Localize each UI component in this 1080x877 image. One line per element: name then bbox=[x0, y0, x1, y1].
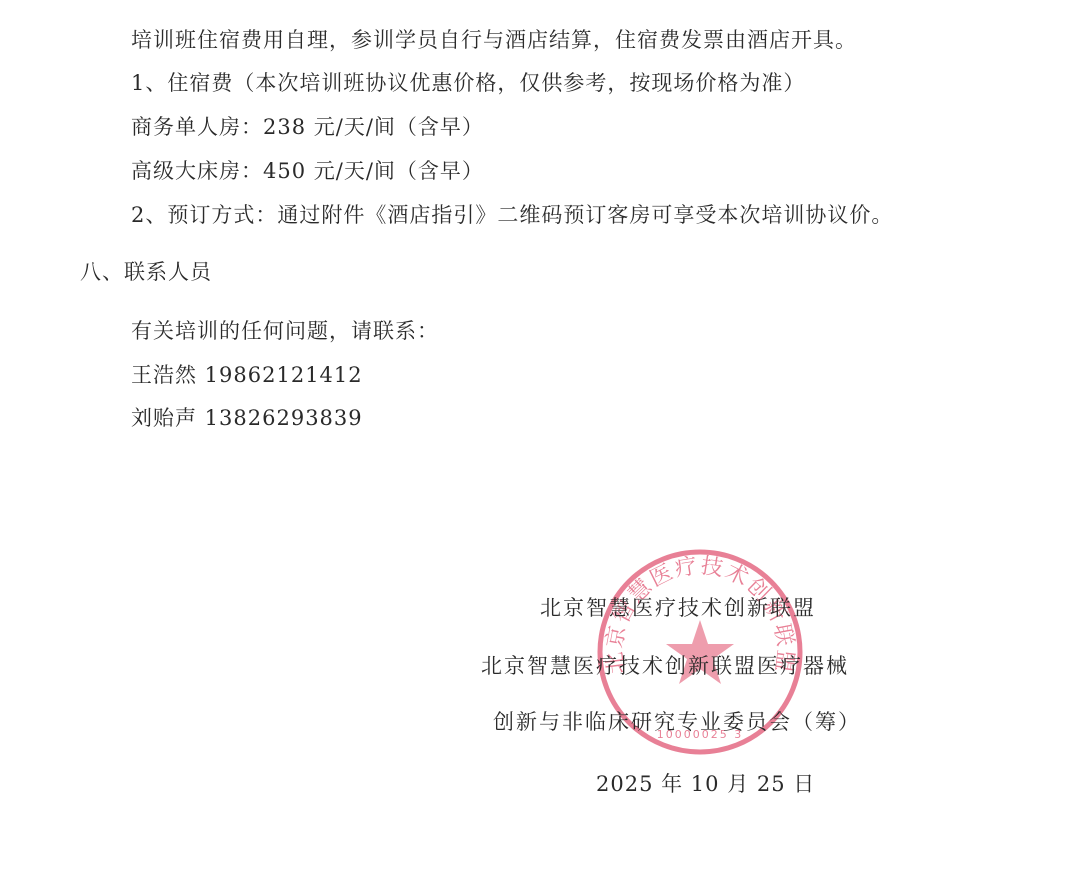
signature-org-2-line-1: 北京智慧医疗技术创新联盟医疗器械 bbox=[481, 652, 849, 680]
room-rate-deluxe-king: 高级大床房：450 元/天/间（含早） bbox=[131, 157, 484, 185]
signature-date: 2025 年 10 月 25 日 bbox=[596, 770, 815, 798]
contact-person: 王浩然 19862121412 bbox=[131, 361, 363, 389]
signature-org-2-line-2: 创新与非临床研究专业委员会（筹） bbox=[493, 708, 861, 736]
contacts-intro: 有关培训的任何问题，请联系： bbox=[131, 317, 439, 345]
signature-org-1: 北京智慧医疗技术创新联盟 bbox=[540, 594, 816, 622]
contact-person: 刘贻声 13826293839 bbox=[131, 404, 363, 432]
contacts-section-heading: 八、联系人员 bbox=[80, 258, 212, 286]
accommodation-fee-heading: 1、住宿费（本次培训班协议优惠价格，仅供参考，按现场价格为准） bbox=[131, 69, 805, 97]
accommodation-intro: 培训班住宿费用自理，参训学员自行与酒店结算，住宿费发票由酒店开具。 bbox=[131, 26, 857, 54]
room-rate-business-single: 商务单人房：238 元/天/间（含早） bbox=[131, 113, 484, 141]
booking-method: 2、预订方式：通过附件《酒店指引》二维码预订客房可享受本次培训协议价。 bbox=[131, 201, 893, 229]
